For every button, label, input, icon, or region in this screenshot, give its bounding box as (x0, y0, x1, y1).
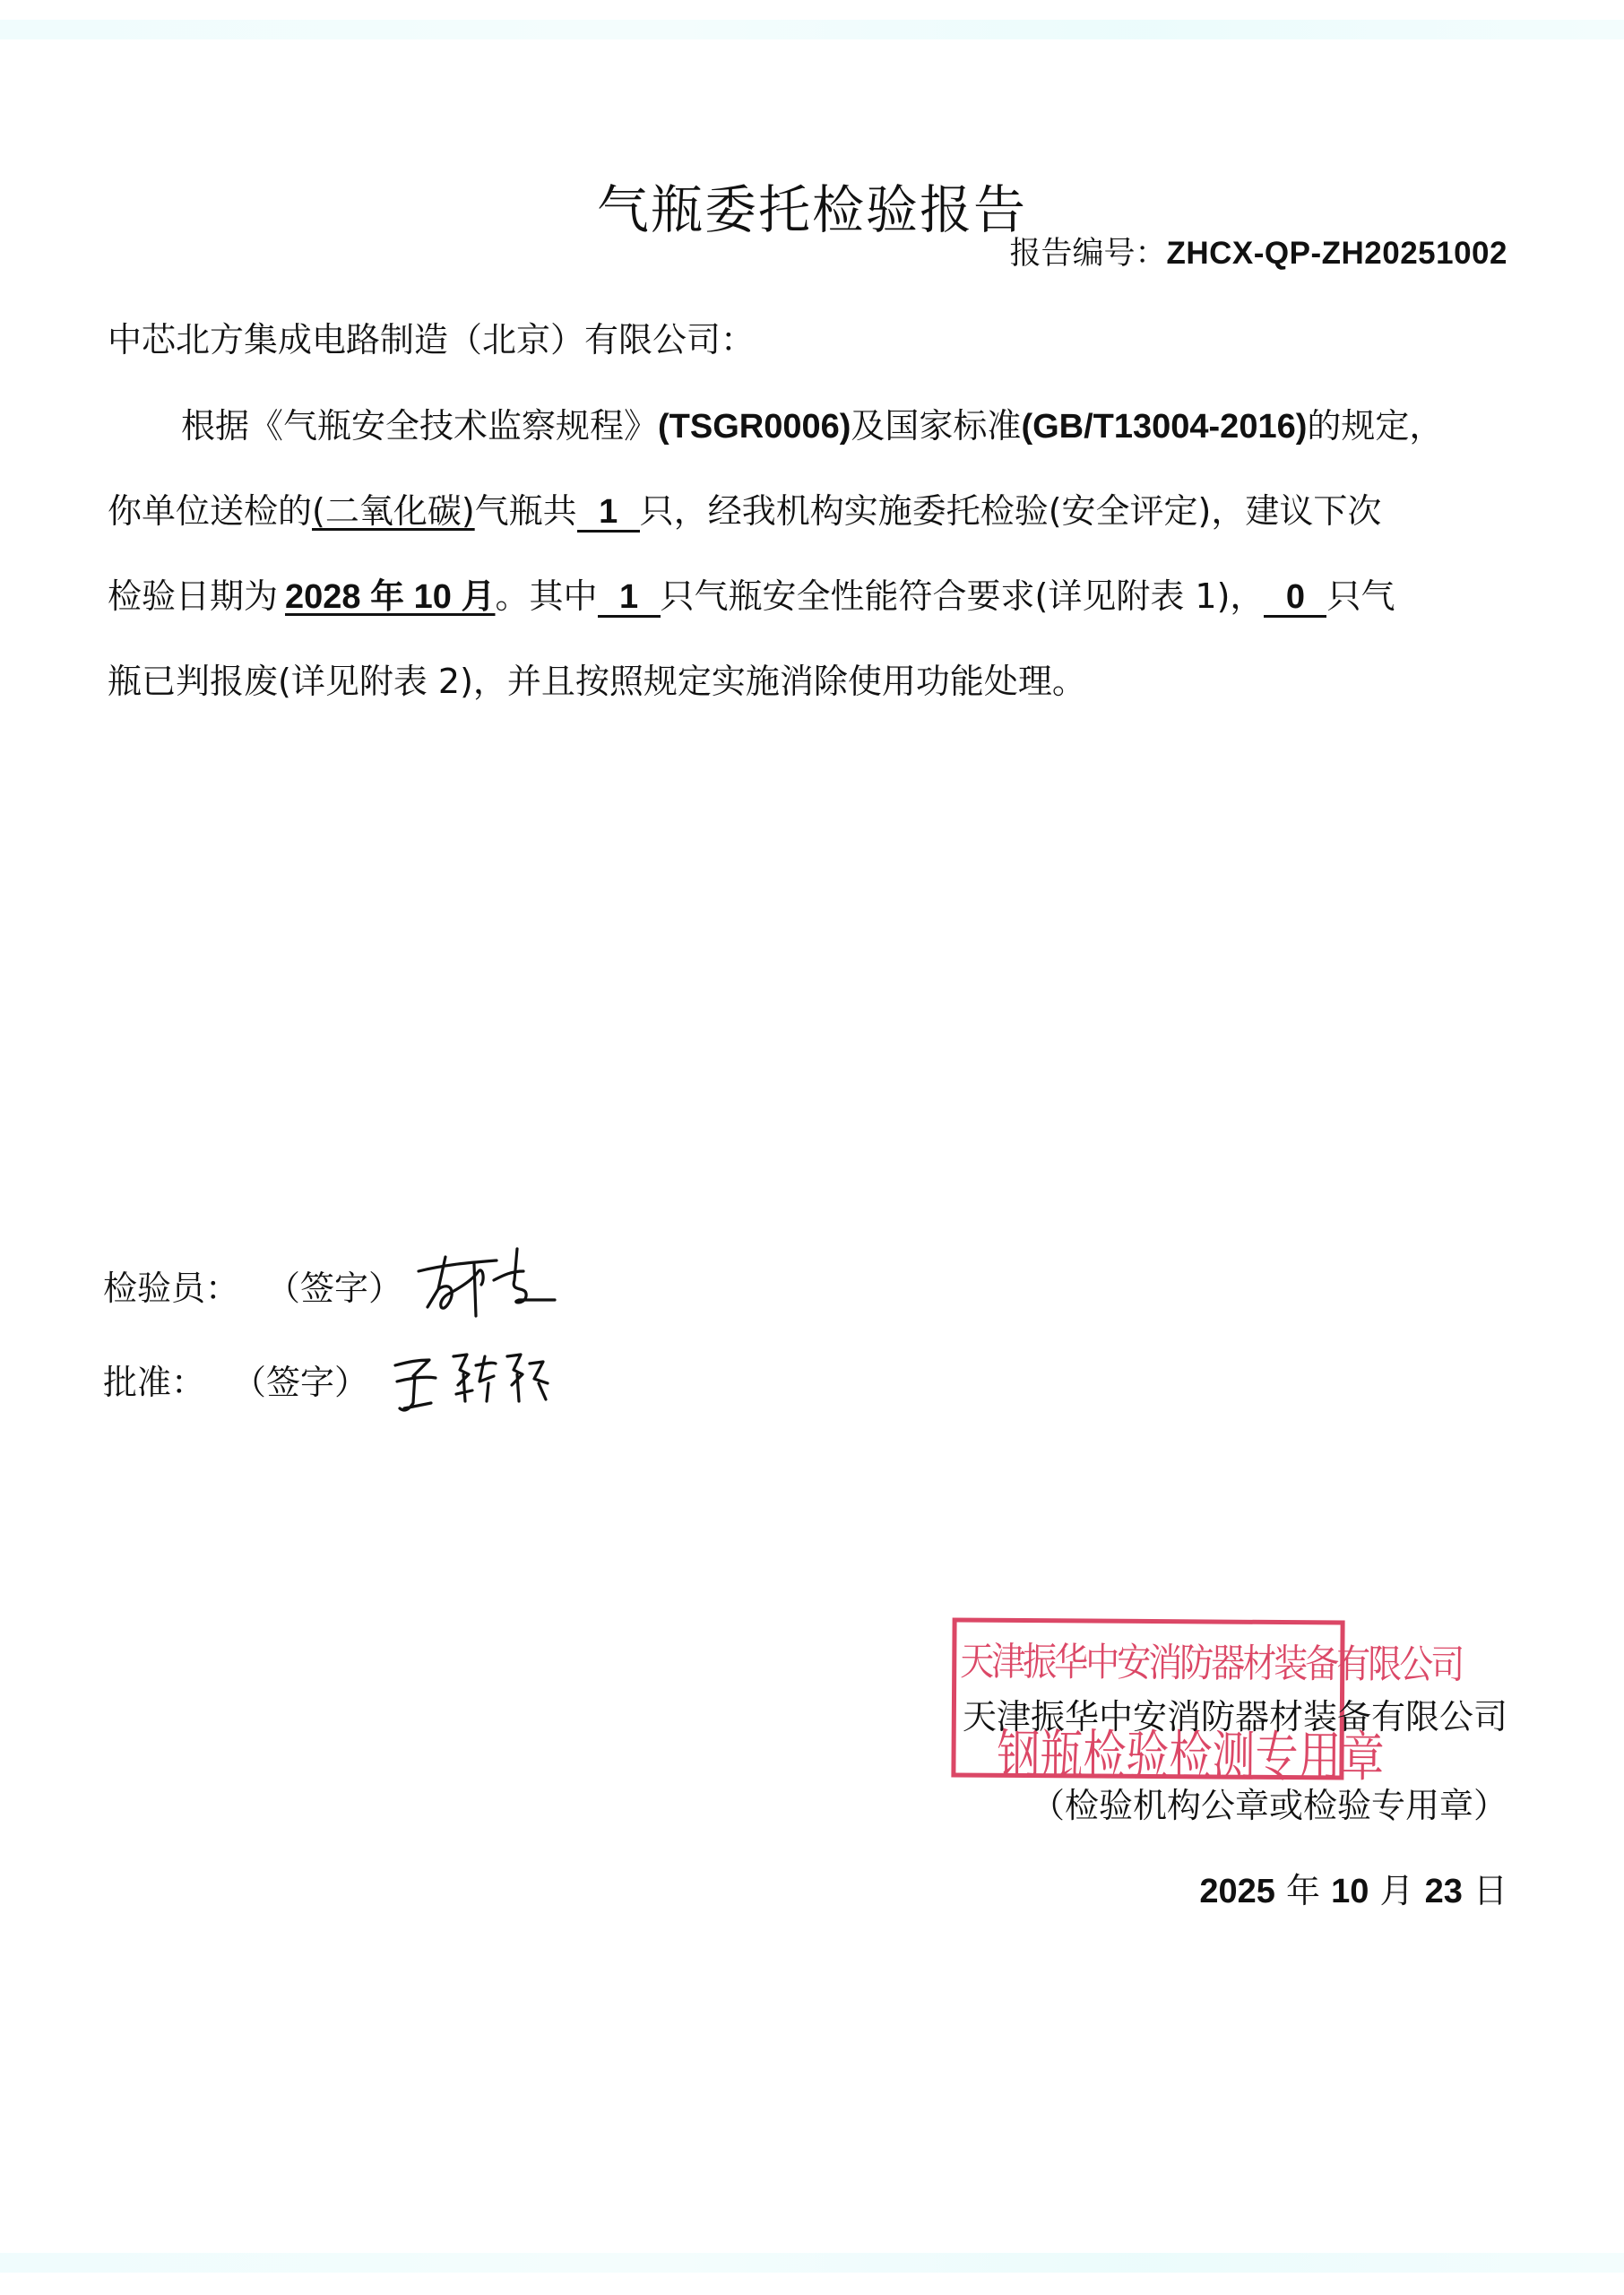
scan-artifact-top (0, 20, 1624, 39)
issue-date: 2025 年 10 月 23 日 (1199, 1863, 1507, 1912)
regulation-code: (TSGR0006) (658, 408, 851, 446)
body-text: 的规定， (1307, 406, 1443, 446)
passed-cylinder-count: 1 (598, 579, 661, 618)
body-text: 只气瓶安全性能符合要求(详见附表 1)， (661, 576, 1265, 616)
inspector-signature-row: 检验员： （签字） (103, 1244, 582, 1325)
approver-sign-note: （签字） (232, 1355, 368, 1404)
next-inspection-date: 2028 年 10 月 (285, 578, 495, 616)
approver-signature-row: 批准： （签字） (103, 1338, 557, 1419)
stamp-org-name: 天津振华中安消防器材装备有限公司 (960, 1629, 1336, 1688)
issuing-organization: 天津振华中安消防器材装备有限公司 (963, 1689, 1507, 1738)
issue-month: 10 (1331, 1873, 1369, 1910)
scan-artifact-bottom (0, 2253, 1624, 2273)
month-label: 月 (1380, 1871, 1414, 1910)
addressee: 中芯北方集成电路制造（北京）有限公司： (108, 312, 755, 361)
body-text: 只气 (1326, 576, 1395, 616)
body-line-1: 根据《气瓶安全技术监察规程》(TSGR0006)及国家标准(GB/T13004-… (108, 384, 1516, 469)
scrapped-cylinder-count: 0 (1264, 579, 1326, 618)
regulation-reference: 根据《气瓶安全技术监察规程》 (181, 406, 658, 446)
body-text: 及国家标准 (851, 406, 1021, 446)
body-line-3: 检验日期为2028 年 10 月。其中1只气瓶安全性能符合要求(详见附表 1)，… (108, 554, 1516, 639)
approver-label: 批准： (103, 1355, 205, 1404)
body-text: 只，经我机构实施委托检验(安全评定)，建议下次 (640, 491, 1382, 531)
inspector-sign-note: （签字） (266, 1260, 402, 1310)
issue-day: 23 (1425, 1873, 1463, 1910)
report-body: 根据《气瓶安全技术监察规程》(TSGR0006)及国家标准(GB/T13004-… (108, 384, 1516, 724)
inspector-label: 检验员： (103, 1260, 239, 1310)
body-line-4: 瓶已判报废(详见附表 2)，并且按照规定实施消除使用功能处理。 (108, 639, 1516, 724)
approver-signature (386, 1338, 557, 1419)
day-label: 日 (1473, 1871, 1507, 1910)
report-number-value: ZHCX-QP-ZH20251002 (1166, 236, 1507, 271)
seal-note: （检验机构公章或检验专用章） (1031, 1778, 1507, 1827)
report-number-label: 报告编号： (1009, 236, 1166, 272)
report-number: 报告编号：ZHCX-QP-ZH20251002 (1009, 229, 1507, 273)
total-cylinder-count: 1 (577, 494, 640, 533)
year-label: 年 (1286, 1871, 1320, 1910)
body-text: 气瓶共 (475, 491, 577, 531)
body-text: 你单位送检的 (108, 491, 312, 531)
body-line-2: 你单位送检的(二氧化碳)气瓶共1只，经我机构实施委托检验(安全评定)，建议下次 (108, 469, 1516, 554)
issue-year: 2025 (1199, 1873, 1275, 1910)
body-text: 。其中 (496, 576, 598, 616)
inspector-signature (411, 1244, 582, 1325)
standard-code: (GB/T13004-2016) (1021, 408, 1307, 446)
gas-type: (二氧化碳) (312, 491, 475, 531)
body-text: 检验日期为 (108, 576, 278, 616)
